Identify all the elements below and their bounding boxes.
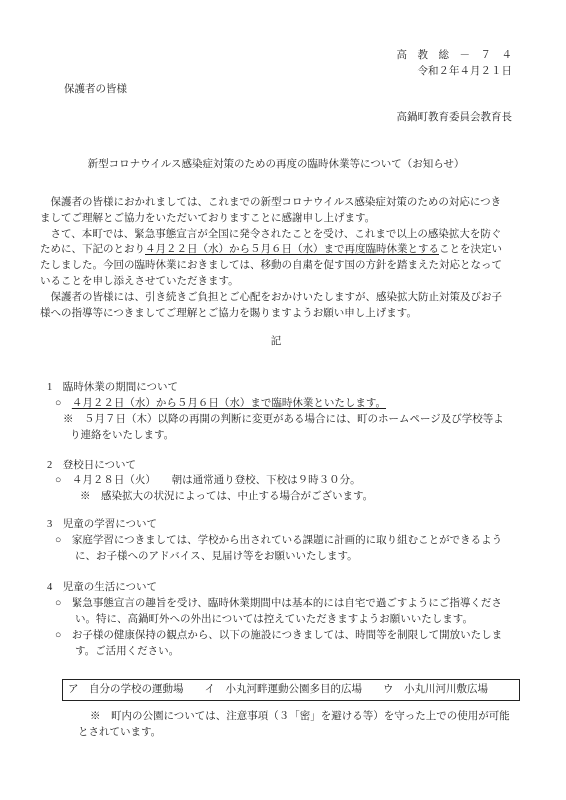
body-line: さて、本町では、緊急事態宣言が全国に発令されたことを受け、これまで以上の感染拡大… <box>40 227 512 243</box>
section-closure-period: 1 臨時休業の期間について ○ ４月２２日（水）から５月６日（水）まで臨時休業と… <box>40 380 512 443</box>
body-line: 保護者の皆様には、引き続きご負担とご心配をおかけいたしますが、感染拡大防止対策及… <box>40 290 512 306</box>
section4-bullet2-line: ○ お子様の健康保持の観点から、以下の施設につきましては、時間等を制限して開放い… <box>55 628 512 644</box>
section-daily-life: 4 児童の生活について ○ 緊急事態宣言の趣旨を受け、臨時休業期間中は基本的には… <box>40 580 512 741</box>
body-line: たしました。今回の臨時休業におきましては、移動の自粛を促す国の方針を踏まえた対応… <box>40 258 512 274</box>
section4-note: ※ 町内の公園については、注意事項（３「密」を避ける等）を守った上での使用が可能… <box>40 709 512 741</box>
section4-heading: 4 児童の生活について <box>47 580 512 596</box>
section-school-day: 2 登校日について ○ ４月２８日（火） 朝は通常通り登校、下校は９時３０分。 … <box>40 458 512 505</box>
closure-dates-underlined-text: ４月２２日（水）から５月６日（水）まで臨時休業といたします。 <box>72 398 386 409</box>
section1-heading: 1 臨時休業の期間について <box>47 380 512 396</box>
section1-note-line: ※ ５月７日（木）以降の再開の判断に変更がある場合には、町のホームページ及び学校… <box>63 412 512 428</box>
body-line: 様への指導等につきましてご理解とご協力を賜りますようお願い申し上げます。 <box>40 306 512 322</box>
open-facilities-box: ア 自分の学校の運動場 イ 小丸河畔運動公園多目的広場 ウ 小丸川河川敷広場 <box>62 679 520 701</box>
section4-bullet1-line: い。特に、高鍋町外への外出については控えていただきますようお願いいたします。 <box>75 612 512 628</box>
section4-note-line: とされています。 <box>78 725 512 741</box>
body-text: ために、下記のとおり <box>40 244 145 255</box>
document-date: 令和２年４月２１日 <box>40 64 512 80</box>
body-line-with-underline: ために、下記のとおり４月２２日（水）から５月６日（水）まで再度臨時休業とすること… <box>40 242 512 258</box>
section4-bullet2-line: す。ご活用ください。 <box>75 644 512 660</box>
sender-line: 高鍋町教育委員会教育長 <box>40 110 512 126</box>
section4-bullet1-line: ○ 緊急事態宣言の趣旨を受け、臨時休業期間中は基本的には自宅で過ごすようにご指導… <box>55 596 512 612</box>
section1-note-line: り連絡をいたします。 <box>70 428 512 444</box>
ki-marker: 記 <box>40 334 512 350</box>
document-page: 高 教 総 － ７ ４ 令和２年４月２１日 保護者の皆様 高鍋町教育委員会教育長… <box>0 0 566 800</box>
section2-heading: 2 登校日について <box>47 458 512 474</box>
recipient-line: 保護者の皆様 <box>64 82 512 98</box>
body-line: いることを申し添えさせていただきます。 <box>40 274 512 290</box>
section2-note: ※ 感染拡大の状況によっては、中止する場合がございます。 <box>80 489 512 505</box>
body-paragraphs: 保護者の皆様におかれましては、これまでの新型コロナウイルス感染症対策のための対応… <box>40 195 512 321</box>
section3-bullet-line: に、お子様へのアドバイス、見届け等をお願いいたします。 <box>75 549 512 565</box>
body-line: ましてご理解とご協力をいただいておりますことに感謝申し上げます。 <box>40 211 512 227</box>
closure-period-underlined-text: ４月２２日（水）から５月６日（水）まで再度臨時休業とする <box>145 244 439 255</box>
body-text: ことを決定い <box>439 244 502 255</box>
body-line: 保護者の皆様におかれましては、これまでの新型コロナウイルス感染症対策のための対応… <box>40 195 512 211</box>
section3-bullet-line: ○ 家庭学習につきましては、学校から出されている課題に計画的に取り組むことができ… <box>55 533 512 549</box>
bullet-marker: ○ <box>55 398 72 409</box>
section1-bullet: ○ ４月２２日（水）から５月６日（水）まで臨時休業といたします。 <box>55 396 512 412</box>
section2-bullet: ○ ４月２８日（火） 朝は通常通り登校、下校は９時３０分。 <box>55 473 512 489</box>
document-reference-number: 高 教 総 － ７ ４ <box>40 48 512 64</box>
document-title: 新型コロナウイルス感染症対策のための再度の臨時休業等について（お知らせ） <box>40 157 512 173</box>
section4-note-line: ※ 町内の公園については、注意事項（３「密」を避ける等）を守った上での使用が可能 <box>90 709 512 725</box>
section3-heading: 3 児童の学習について <box>47 517 512 533</box>
section-learning: 3 児童の学習について ○ 家庭学習につきましては、学校から出されている課題に計… <box>40 517 512 564</box>
